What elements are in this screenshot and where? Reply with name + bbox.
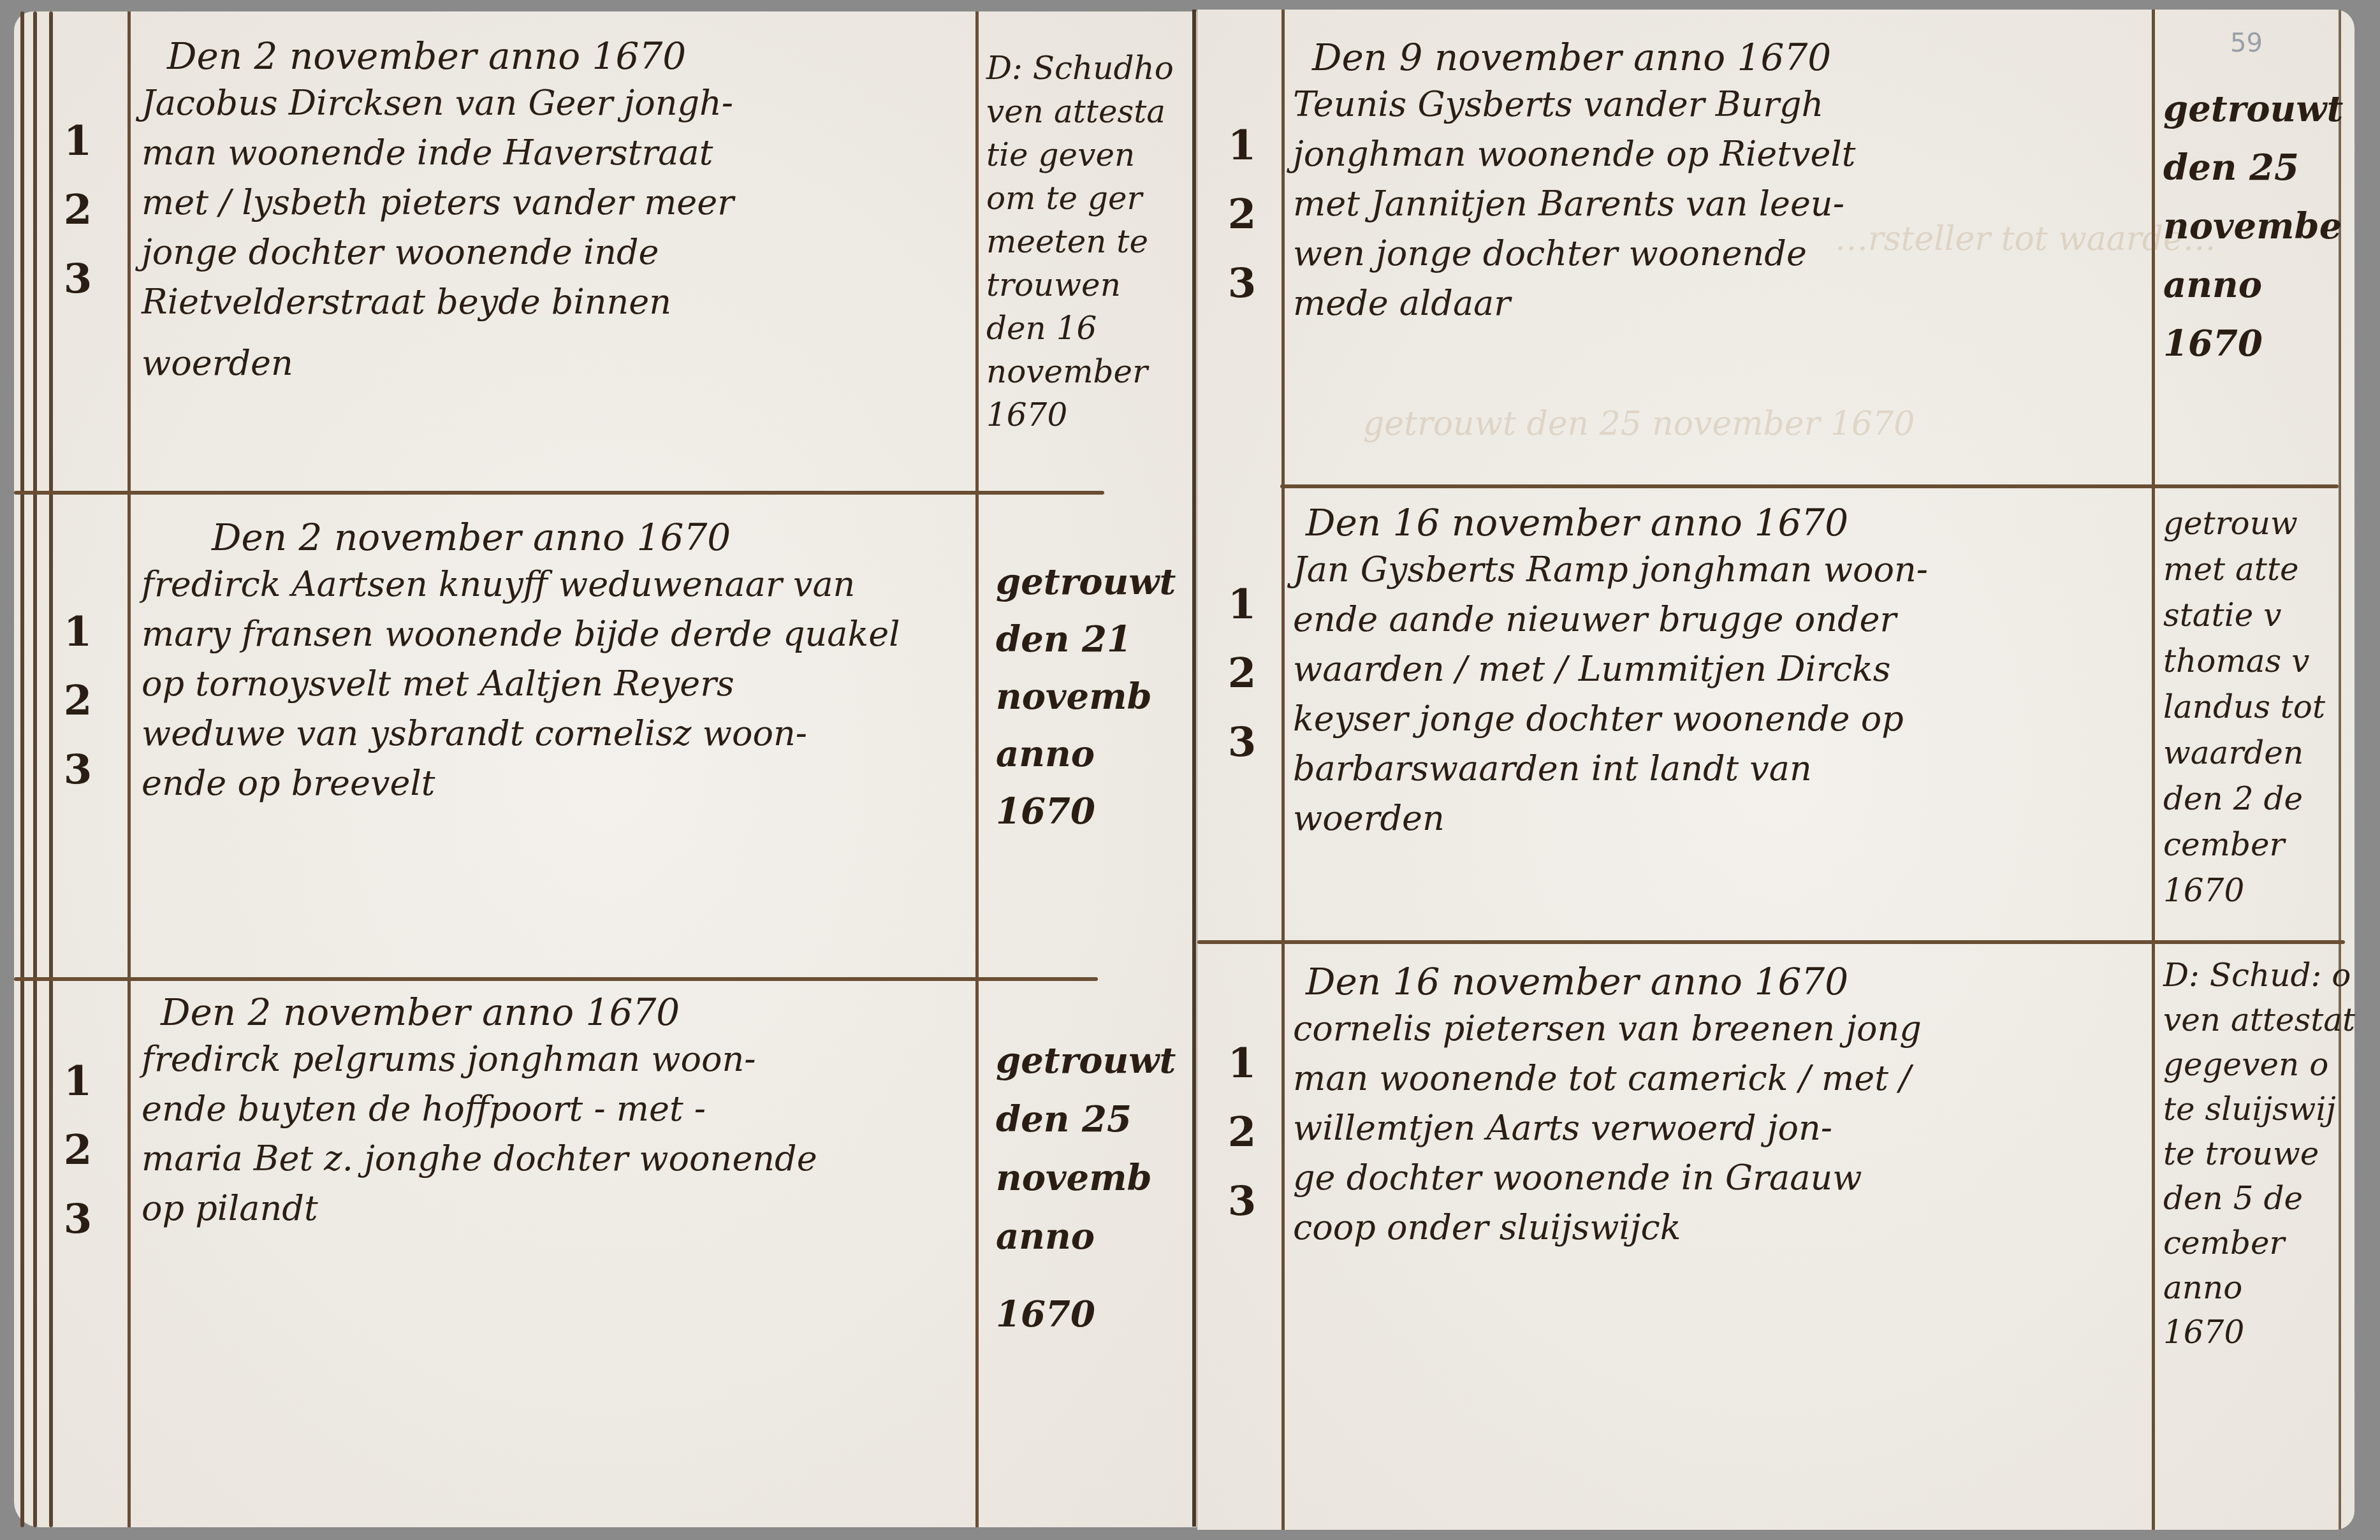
entry-line: Teunis Gysberts vander Burgh (1293, 80, 1855, 129)
entry-line: Jacobus Dircksen van Geer jongh- (142, 78, 734, 128)
entry-date: Den 2 november anno 1670 (142, 34, 734, 78)
margin-numbers: 1 2 3 (1216, 1029, 1267, 1236)
entry-line: met Jannitjen Barents van leeu- (1293, 179, 1855, 229)
register-entry: Den 16 november anno 1670 Jan Gysberts R… (1293, 500, 1928, 843)
book-gutter (1192, 10, 1196, 1527)
entry-line: maria Bet z. jonghe dochter woonende (142, 1134, 817, 1184)
register-entry: Den 9 november anno 1670 Teunis Gysberts… (1293, 35, 1855, 328)
register-entry: Den 16 november anno 1670 cornelis piete… (1293, 959, 1922, 1253)
register-entry: Den 2 november anno 1670 fredirck pelgru… (142, 990, 817, 1233)
entry-line: man woonende tot camerick / met / (1293, 1054, 1922, 1103)
entry-line: barbarswaarden int landt van (1293, 744, 1928, 794)
page-edge-line (33, 11, 37, 1527)
remark-column: getrouwt den 21 novemb anno 1670 (996, 553, 1176, 840)
entry-date: Den 2 november anno 1670 (142, 990, 817, 1035)
register-entry: Den 2 november anno 1670 Jacobus Dirckse… (142, 34, 734, 388)
left-page: 1 2 3 Den 2 november anno 1670 Jacobus D… (14, 11, 1197, 1527)
entry-line: keyser jonge dochter woonende op (1293, 694, 1928, 744)
entry-line: met / lysbeth pieters vander meer (142, 178, 734, 228)
entry-line: ge dochter woonende in Graauw (1293, 1153, 1922, 1203)
row-divider (14, 491, 1104, 495)
remark-column: getrouwt den 25 novembe anno 1670 (2163, 80, 2343, 373)
entry-line: cornelis pietersen van breenen jong (1293, 1004, 1922, 1054)
margin-column-rule (1281, 10, 1285, 1530)
entry-line: mary fransen woonende bijde derde quakel (142, 609, 900, 659)
entry-line: ende buyten de hoffpoort - met - (142, 1084, 817, 1134)
margin-numbers: 1 2 3 (52, 107, 103, 314)
entry-line: jonghman woonende op Rietvelt (1293, 129, 1855, 179)
entry-line: Jan Gysberts Ramp jonghman woon- (1293, 545, 1928, 595)
entry-line: waarden / met / Lummitjen Dircks (1293, 644, 1928, 694)
right-page: 59 …rsteller tot waarde… getrouwt den 25… (1197, 10, 2354, 1530)
entry-line: mede aldaar (1293, 279, 1855, 328)
register-entry: Den 2 november anno 1670 fredirck Aartse… (142, 515, 900, 808)
remark-column: D: Schud: o ven attestat gegeven o te sl… (2163, 953, 2355, 1355)
entry-date: Den 16 november anno 1670 (1293, 959, 1922, 1004)
entry-line: wen jonge dochter woonende (1293, 229, 1855, 279)
remark-column: D: Schudho ven attesta tie geven om te g… (986, 47, 1174, 437)
row-divider (1280, 484, 2339, 488)
margin-numbers: 1 2 3 (52, 1047, 103, 1254)
entry-line: woerden (142, 338, 734, 388)
margin-numbers: 1 2 3 (1216, 570, 1267, 777)
remark-column: getrouwt den 25 novemb anno 1670 (996, 1031, 1176, 1344)
entry-line: ende op breevelt (142, 759, 900, 808)
entry-line: woerden (1293, 794, 1928, 843)
page-edge-line (20, 11, 24, 1527)
margin-numbers: 1 2 3 (1216, 112, 1267, 318)
bleed-through-text: getrouwt den 25 november 1670 (1363, 405, 1915, 443)
entry-date: Den 2 november anno 1670 (142, 515, 900, 560)
entry-line: jonge dochter woonende inde (142, 228, 734, 277)
entry-line: op tornoysvelt met Aaltjen Reyers (142, 659, 900, 709)
remark-column-rule (975, 11, 979, 1527)
entry-line: Rietvelderstraat beyde binnen (142, 277, 734, 327)
entry-line: weduwe van ysbrandt cornelisz woon- (142, 709, 900, 759)
margin-numbers: 1 2 3 (52, 598, 103, 804)
row-divider (14, 977, 1098, 981)
folio-number: 59 (2230, 29, 2263, 58)
entry-line: fredirck pelgrums jonghman woon- (142, 1035, 817, 1084)
bleed-through-text: …rsteller tot waarde… (1835, 220, 2216, 258)
entry-line: coop onder sluijswijck (1293, 1203, 1922, 1253)
entry-line: man woonende inde Haverstraat (142, 128, 734, 178)
remark-column: getrouw met atte statie v thomas v landu… (2163, 500, 2325, 913)
entry-line: op pilandt (142, 1184, 817, 1233)
row-divider (1197, 940, 2345, 944)
entry-line: fredirck Aartsen knuyff weduwenaar van (142, 560, 900, 609)
entry-line: ende aande nieuwer brugge onder (1293, 595, 1928, 644)
entry-date: Den 9 november anno 1670 (1293, 35, 1855, 80)
entry-line: willemtjen Aarts verwoerd jon- (1293, 1103, 1922, 1153)
margin-column-rule (128, 11, 131, 1527)
entry-date: Den 16 november anno 1670 (1293, 500, 1928, 545)
